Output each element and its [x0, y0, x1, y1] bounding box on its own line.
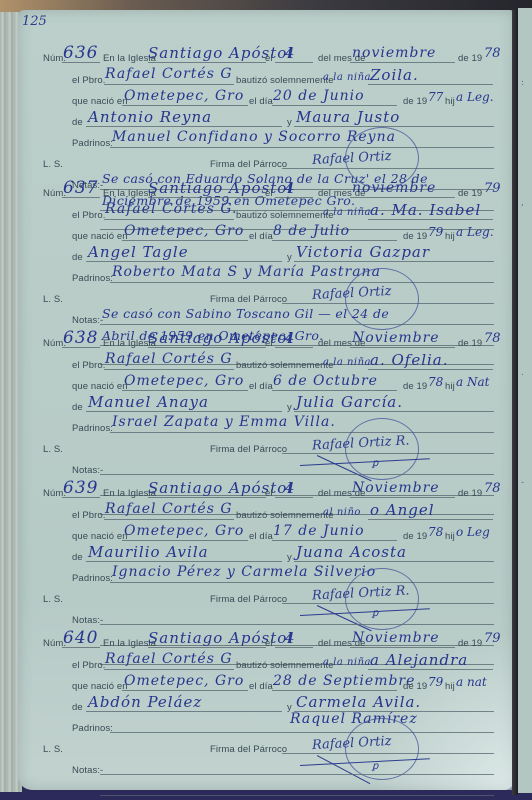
entry-notes: Notas:- [0, 465, 532, 615]
entry-notes: Notas:- Se casó con Eduardo Solano de la… [0, 30, 532, 180]
notes-label: Notas:- [72, 765, 103, 776]
entry-notes: Notas:- [0, 315, 532, 465]
entry-notes: Notas:- [0, 615, 532, 765]
entry-notes: Notas:- Se casó con Sabino Toscano Gil —… [0, 165, 532, 315]
page-number: 125 [22, 14, 47, 29]
